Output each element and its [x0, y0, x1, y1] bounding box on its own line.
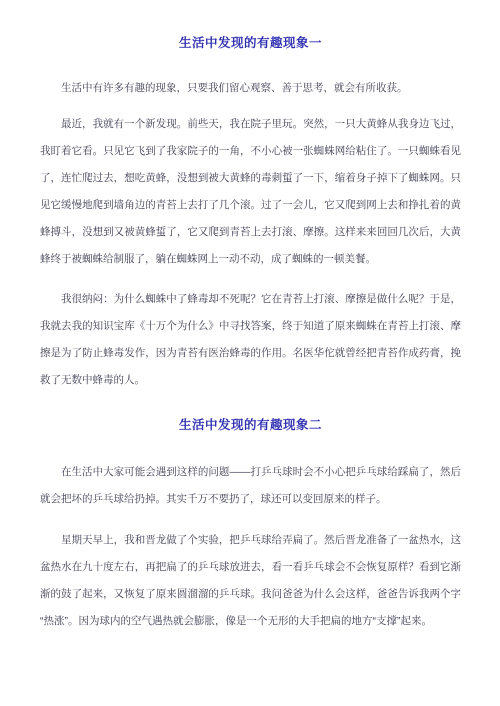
document-page: 生活中发现的有趣现象一 生活中有许多有趣的现象，只要我们留心观察、善于思考，就会… — [0, 0, 500, 706]
paragraph-intro: 生活中有许多有趣的现象，只要我们留心观察、善于思考，就会有所收获。 — [40, 75, 461, 102]
paragraph-pingpong-experiment: 星期天早上，我和晋龙做了个实验，把乒乓球给弄扁了。然后晋龙准备了一盆热水，这盆热… — [40, 527, 461, 635]
paragraph-moss-explanation: 我很纳闷：为什么蜘蛛中了蜂毒却不死呢？它在青苔上打滚、摩擦是做什么呢？于是，我就… — [40, 286, 461, 394]
essay-section-1: 生活中发现的有趣现象一 生活中有许多有趣的现象，只要我们留心观察、善于思考，就会… — [40, 34, 461, 394]
essay-section-2: 生活中发现的有趣现象二 在生活中大家可能会遇到这样的问题——打乒乓球时会不小心把… — [40, 416, 461, 635]
section-title-1: 生活中发现的有趣现象一 — [40, 34, 461, 53]
section-title-2: 生活中发现的有趣现象二 — [40, 416, 461, 435]
paragraph-wasp-spider-story: 最近，我就有一个新发现。前些天，我在院子里玩。突然，一只大黄蜂从我身边飞过，我盯… — [40, 111, 461, 273]
paragraph-pingpong-problem: 在生活中大家可能会遇到这样的问题——打乒乓球时会不小心把乒乓球给踩扁了，然后就会… — [40, 459, 461, 513]
